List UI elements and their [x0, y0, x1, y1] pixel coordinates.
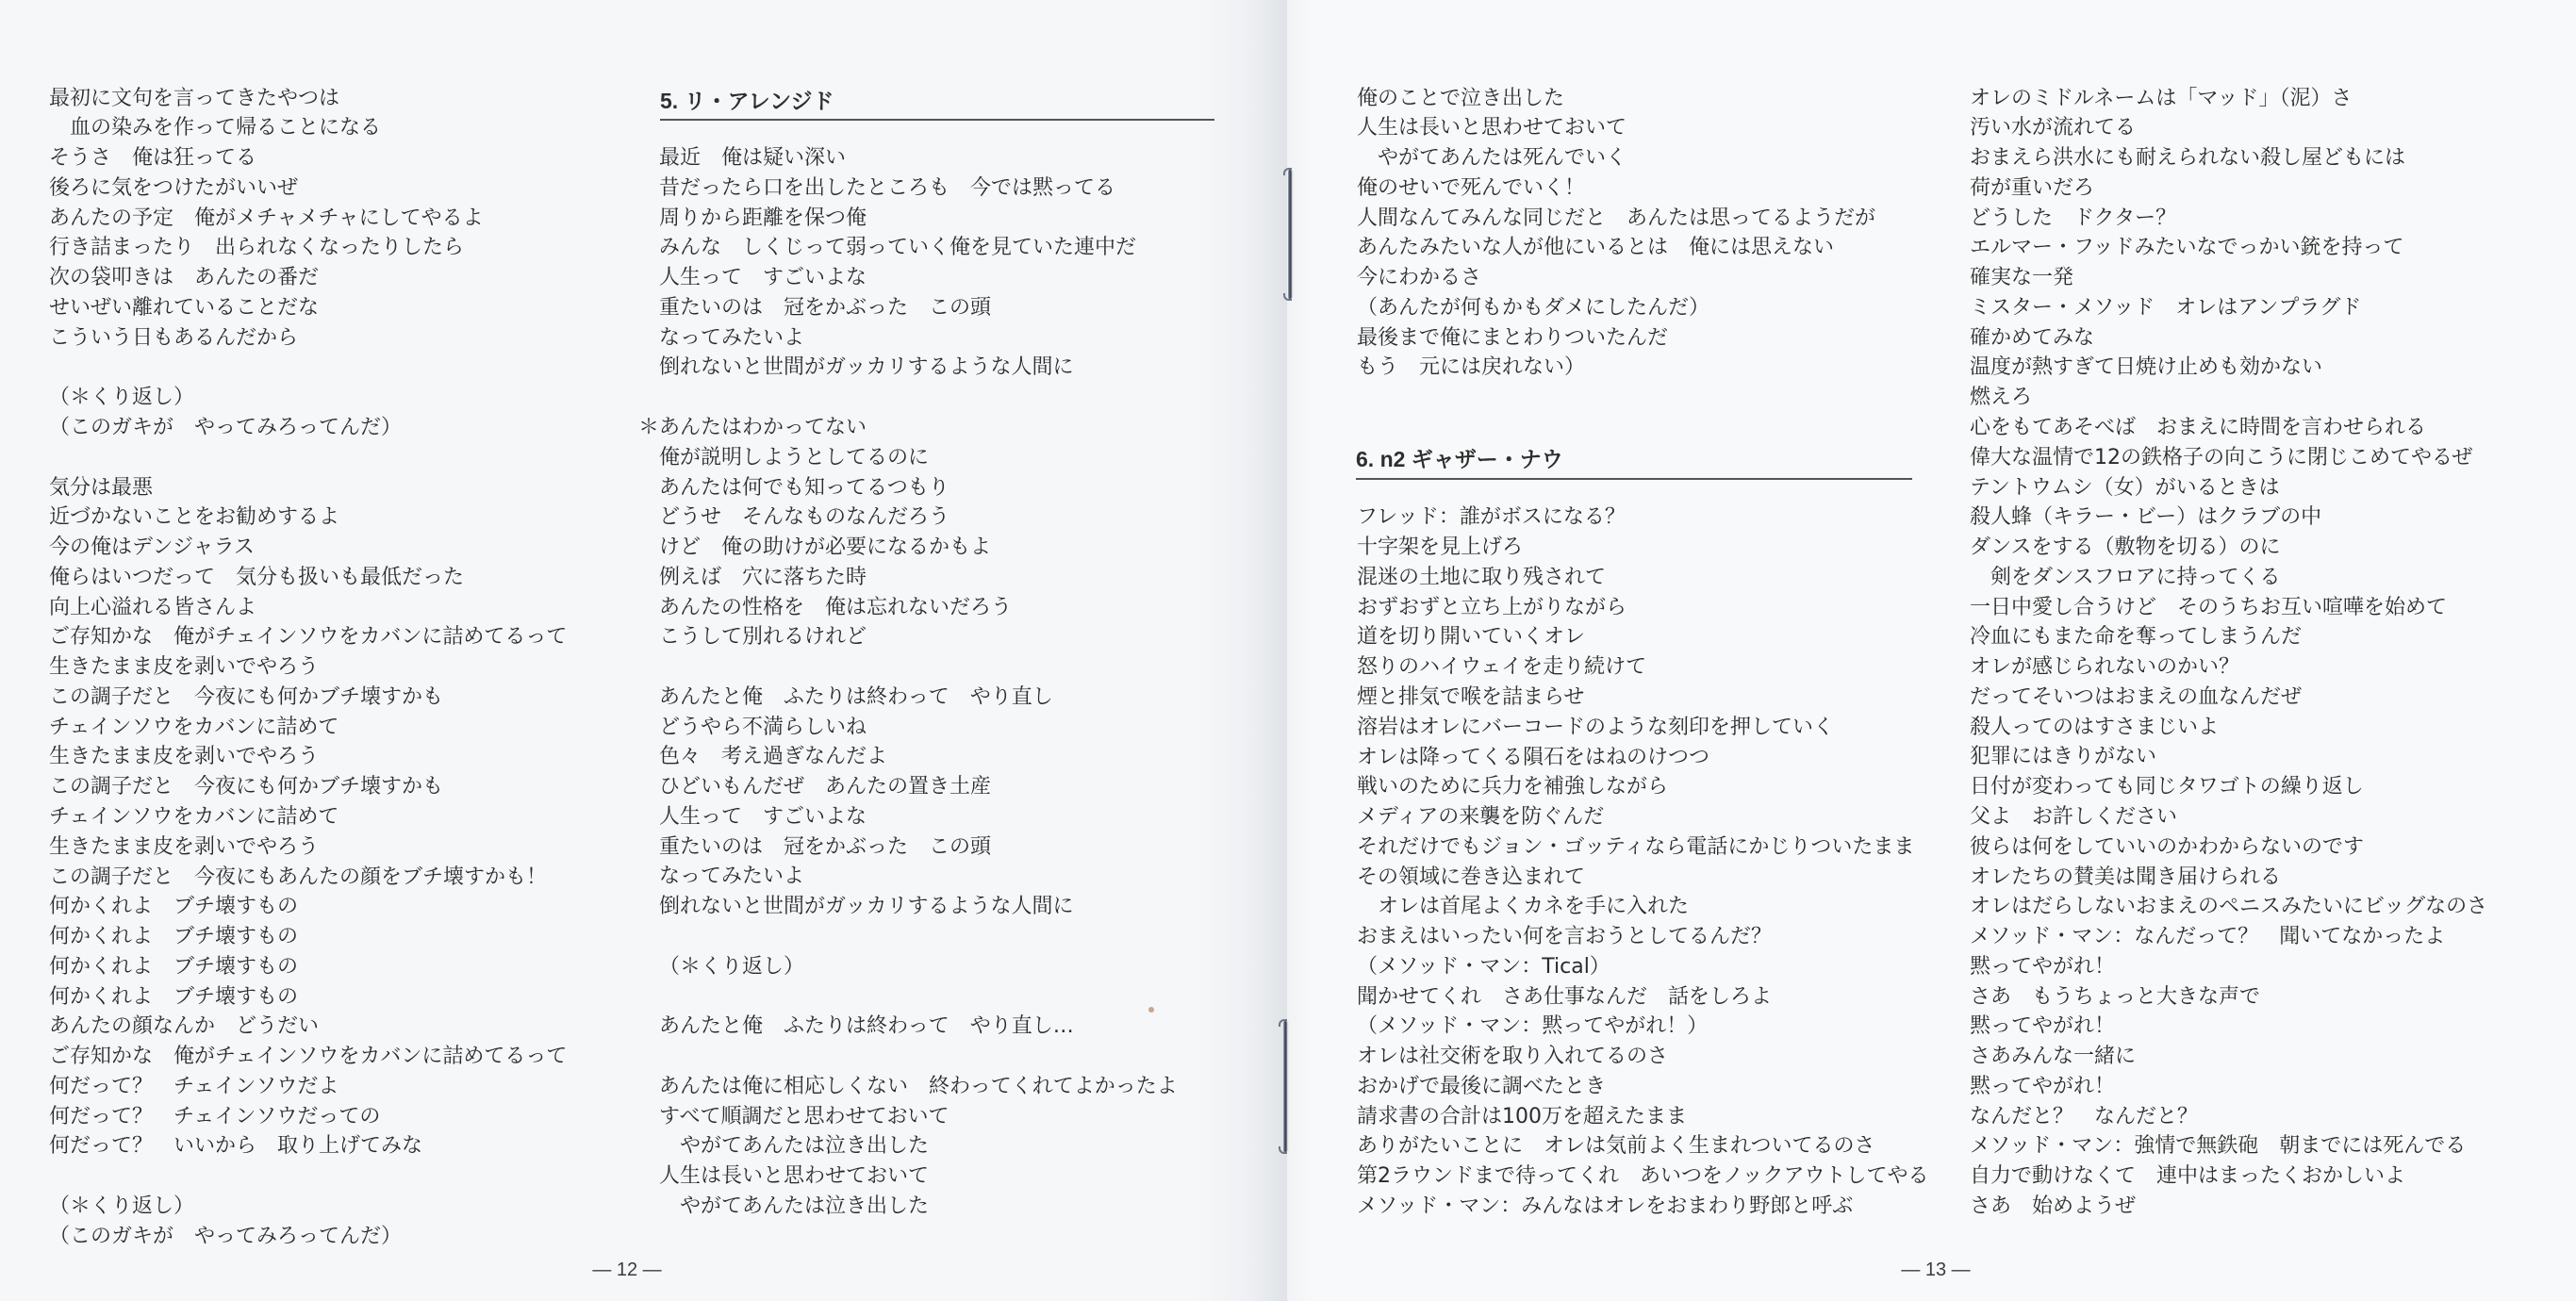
lyric-line: 俺が説明しようとしてるのに: [659, 443, 1178, 473]
lyric-line: 重たいのは 冠をかぶった この頭: [659, 293, 1178, 323]
lyric-line: テントウムシ（女）がいるときは: [1970, 473, 2487, 503]
lyric-line: なんだと？ なんだと？: [1970, 1102, 2487, 1132]
lyric-line: オレが感じられないのかい？: [1970, 652, 2487, 683]
lyric-line: 次の袋叩きは あんたの番だ: [49, 263, 567, 293]
lyric-line: 人生って すごいよな: [659, 263, 1178, 293]
lyric-line: オレは社交術を取り入れてるのさ: [1357, 1042, 1928, 1072]
lyric-line: その領域に巻き込まれて: [1357, 863, 1928, 893]
lyric-line: 俺らはいつだって 気分も扱いも最低だった: [49, 563, 567, 593]
lyric-line: 例えば 穴に落ちた時: [659, 563, 1178, 593]
blank-line: [659, 922, 1178, 952]
lyric-line: 煙と排気で喉を詰まらせ: [1357, 683, 1928, 713]
lyric-line: なってみたいよ: [659, 323, 1178, 354]
lyric-line: 請求書の合計は100万を超えたまま: [1357, 1102, 1928, 1132]
lyric-line: 後ろに気をつけたがいいぜ: [49, 173, 567, 204]
lyric-line: すべて順調だと思わせておいて: [659, 1102, 1178, 1132]
lyric-line: 人生は長いと思わせておいて: [659, 1161, 1178, 1192]
lyric-line: 溶岩はオレにバーコードのような刻印を押していく: [1357, 713, 1928, 743]
lyric-line: おかげで最後に調べたとき: [1357, 1072, 1928, 1102]
lyric-line: 犯罪にはきりがない: [1970, 742, 2487, 772]
lyric-line: 心をもてあそべば おまえに時間を言わせられる: [1970, 413, 2487, 443]
lyric-line: 偉大な温情で12の鉄格子の向こうに閉じこめてやるぜ: [1970, 443, 2487, 473]
lyric-line: メソッド・マン：強情で無鉄砲 朝までには死んでる: [1970, 1131, 2487, 1161]
lyric-line: 人生って すごいよな: [659, 802, 1178, 832]
lyric-line: 剣をダンスフロアに持ってくる: [1970, 563, 2487, 593]
lyric-line: 色々 考え過ぎなんだよ: [659, 742, 1178, 772]
lyric-line: 何かくれよ ブチ壊すもの: [49, 952, 567, 982]
lyric-line: 何かくれよ ブチ壊すもの: [49, 892, 567, 922]
blank-line: [49, 353, 567, 383]
lyric-line: やがてあんたは泣き出した: [659, 1131, 1178, 1161]
lyric-line: さあ もうちょっと大きな声で: [1970, 982, 2487, 1013]
lyric-line: ミスター・メソッド オレはアンプラグド: [1970, 293, 2487, 323]
lyric-line: こういう日もあるんだから: [49, 323, 567, 354]
lyric-line: おまえら洪水にも耐えられない殺し屋どもには: [1970, 143, 2487, 173]
binding-gutter-shadow: [1197, 0, 1287, 1301]
lyric-line: 近づかないことをお勧めするよ: [49, 502, 567, 533]
lyric-line: けど 俺の助けが必要になるかもよ: [659, 533, 1178, 563]
lyric-line: 最近 俺は疑い深い: [659, 143, 1178, 173]
song-heading-6: 6. n2 ギャザー・ナウ: [1356, 445, 1912, 480]
lyric-line: ありがたいことに オレは気前よく生まれついてるのさ: [1357, 1131, 1928, 1161]
lyric-line: 何かくれよ ブチ壊すもの: [49, 982, 567, 1013]
lyric-line: 第2ラウンドまで待ってくれ あいつをノックアウトしてやる: [1357, 1161, 1928, 1192]
page-number-left: — 12 —: [533, 1258, 721, 1282]
lyric-line: 怒りのハイウェイを走り続けて: [1357, 652, 1928, 683]
lyric-line: 人間なんてみんな同じだと あんたは思ってるようだが: [1357, 204, 1875, 234]
lyrics-column-1: 最初に文句を言ってきたやつは 血の染みを作って帰ることになるそうさ 俺は狂ってる…: [49, 84, 567, 1252]
lyric-line: 混迷の土地に取り残されて: [1357, 563, 1928, 593]
lyric-line: さあ 始めようぜ: [1970, 1192, 2487, 1222]
lyric-line: メソッド・マン：なんだって？ 聞いてなかったよ: [1970, 922, 2487, 952]
lyric-line: どうせ そんなものなんだろう: [659, 502, 1178, 533]
lyric-line: 戦いのために兵力を補強しながら: [1357, 772, 1928, 802]
lyric-line: 荷が重いだろ: [1970, 173, 2487, 204]
staple-bottom: [1283, 1021, 1287, 1152]
blank-line: [659, 652, 1178, 683]
lyrics-column-3-continued: 俺のことで泣き出した人生は長いと思わせておいて やがてあんたは死んでいく俺のせい…: [1357, 84, 1875, 384]
lyric-line: （このガキが やってみろってんだ）: [49, 413, 567, 443]
lyric-line: 最後まで俺にまとわりついたんだ: [1357, 323, 1875, 354]
lyric-line: 生きたまま皮を剥いでやろう: [49, 742, 567, 772]
song-heading-5: 5. リ・アレンジド: [660, 87, 1214, 121]
lyric-line: 向上心溢れる皆さんよ: [49, 593, 567, 623]
lyric-line: 今にわかるさ: [1357, 263, 1875, 293]
lyric-line: ひどいもんだぜ あんたの置き土産: [659, 772, 1178, 802]
lyric-line: （メソッド・マン：黙ってやがれ！）: [1357, 1012, 1928, 1042]
lyric-line: 生きたまま皮を剥いでやろう: [49, 652, 567, 683]
lyric-line: 汚い水が流れてる: [1970, 113, 2487, 143]
lyric-line: 確実な一発: [1970, 263, 2487, 293]
lyric-line: チェインソウをカバンに詰めて: [49, 802, 567, 832]
lyric-line: オレのミドルネームは「マッド」（泥）さ: [1970, 84, 2487, 114]
lyrics-column-4: オレのミドルネームは「マッド」（泥）さ汚い水が流れてるおまえら洪水にも耐えられな…: [1970, 84, 2487, 1222]
lyric-line: メディアの来襲を防ぐんだ: [1357, 802, 1928, 832]
lyric-line: （このガキが やってみろってんだ）: [49, 1222, 567, 1252]
paper-stain: [1148, 1007, 1154, 1013]
lyric-line: ご存知かな 俺がチェインソウをカバンに詰めてるって: [49, 1042, 567, 1072]
lyric-line: どうやら不満らしいね: [659, 713, 1178, 743]
lyric-line: （＊くり返し）: [659, 952, 1178, 982]
lyric-line: ＊あんたはわかってない: [659, 413, 1178, 443]
lyric-line: フレッド：誰がボスになる？: [1357, 502, 1928, 533]
lyric-line: あんたは何でも知ってるつもり: [659, 473, 1178, 503]
lyric-line: あんたと俺 ふたりは終わって やり直し: [659, 683, 1178, 713]
lyric-line: 燃えろ: [1970, 383, 2487, 413]
lyric-line: 自力で動けなくて 連中はまったくおかしいよ: [1970, 1161, 2487, 1192]
lyric-line: 確かめてみな: [1970, 323, 2487, 354]
right-page: 俺のことで泣き出した人生は長いと思わせておいて やがてあんたは死んでいく俺のせい…: [1287, 0, 2576, 1301]
lyric-line: 周りから距離を保つ俺: [659, 204, 1178, 234]
lyric-line: みんな しくじって弱っていく俺を見ていた連中だ: [659, 233, 1178, 263]
lyric-line: 俺のせいで死んでいく！: [1357, 173, 1875, 204]
lyrics-column-3: フレッド：誰がボスになる？十字架を見上げろ混迷の土地に取り残されておずおずと立ち…: [1357, 502, 1928, 1221]
lyric-line: 生きたまま皮を剥いでやろう: [49, 832, 567, 863]
blank-line: [49, 1161, 567, 1192]
lyric-line: おずおずと立ち上がりながら: [1357, 593, 1928, 623]
lyric-line: （メソッド・マン：Tical）: [1357, 952, 1928, 982]
lyric-line: 黙ってやがれ！: [1970, 1012, 2487, 1042]
lyric-line: なってみたいよ: [659, 862, 1178, 892]
lyric-line: 俺のことで泣き出した: [1357, 84, 1875, 114]
lyric-line: やがてあんたは死んでいく: [1357, 143, 1875, 173]
lyric-line: オレたちの賛美は聞き届けられる: [1970, 863, 2487, 893]
lyric-line: さあみんな一緒に: [1970, 1042, 2487, 1072]
blank-line: [659, 383, 1178, 413]
lyric-line: （＊くり返し）: [49, 1192, 567, 1222]
lyric-line: 彼らは何をしていいのかわからないのです: [1970, 832, 2487, 863]
left-page: 最初に文句を言ってきたやつは 血の染みを作って帰ることになるそうさ 俺は狂ってる…: [0, 0, 1287, 1301]
lyric-line: 冷血にもまた命を奪ってしまうんだ: [1970, 622, 2487, 652]
lyric-line: あんたの顔なんか どうだい: [49, 1012, 567, 1042]
lyric-line: どうした ドクター？: [1970, 204, 2487, 234]
lyric-line: あんたの性格を 俺は忘れないだろう: [659, 593, 1178, 623]
lyric-line: 倒れないと世間がガッカリするような人間に: [659, 892, 1178, 922]
lyrics-column-2: 最近 俺は疑い深い昔だったら口を出したところも 今では黙ってる周りから距離を保つ…: [659, 143, 1178, 1222]
lyric-line: 何だって？ チェインソウだよ: [49, 1072, 567, 1102]
lyric-line: 黙ってやがれ！: [1970, 1072, 2487, 1102]
page-number-right: — 13 —: [1841, 1258, 2030, 1282]
lyric-line: あんたの予定 俺がメチャメチャにしてやるよ: [49, 204, 567, 234]
lyric-line: メソッド・マン：みんなはオレをおまわり野郎と呼ぶ: [1357, 1192, 1928, 1222]
lyric-line: 殺人蜂（キラー・ビー）はクラブの中: [1970, 502, 2487, 533]
lyric-line: それだけでもジョン・ゴッティなら電話にかじりついたまま: [1357, 832, 1928, 863]
lyric-line: オレはだらしないおまえのペニスみたいにビッグなのさ: [1970, 892, 2487, 922]
lyric-line: 今の俺はデンジャラス: [49, 533, 567, 563]
lyric-line: チェインソウをカバンに詰めて: [49, 713, 567, 743]
lyric-line: 血の染みを作って帰ることになる: [49, 113, 567, 143]
lyric-line: おまえはいったい何を言おうとしてるんだ？: [1357, 922, 1928, 952]
lyric-line: 行き詰まったり 出られなくなったりしたら: [49, 233, 567, 263]
lyric-line: この調子だと 今夜にもあんたの顔をブチ壊すかも！: [49, 863, 567, 893]
lyric-line: もう 元には戻れない）: [1357, 353, 1875, 383]
lyric-line: 昔だったら口を出したところも 今では黙ってる: [659, 173, 1178, 204]
blank-line: [49, 443, 567, 473]
lyric-line: そうさ 俺は狂ってる: [49, 143, 567, 173]
lyric-line: ダンスをする（敷物を切る）のに: [1970, 533, 2487, 563]
lyric-line: 父よ お許しください: [1970, 802, 2487, 832]
lyric-line: この調子だと 今夜にも何かブチ壊すかも: [49, 772, 567, 802]
lyric-line: だってそいつはおまえの血なんだぜ: [1970, 683, 2487, 713]
lyric-line: 最初に文句を言ってきたやつは: [49, 84, 567, 114]
lyric-line: 倒れないと世間がガッカリするような人間に: [659, 353, 1178, 383]
lyric-line: エルマー・フッドみたいなでっかい銃を持って: [1970, 233, 2487, 263]
staple-top: [1288, 170, 1292, 299]
lyric-line: オレは降ってくる隕石をはねのけつつ: [1357, 743, 1928, 773]
blank-line: [659, 1042, 1178, 1072]
lyric-line: 気分は最悪: [49, 473, 567, 503]
lyric-line: あんたと俺 ふたりは終わって やり直し…: [659, 1012, 1178, 1042]
lyric-line: 殺人ってのはすさまじいよ: [1970, 713, 2487, 743]
lyric-line: 道を切り開いていくオレ: [1357, 622, 1928, 652]
lyric-line: 黙ってやがれ！: [1970, 952, 2487, 982]
lyric-line: オレは首尾よくカネを手に入れた: [1357, 892, 1928, 922]
lyric-line: （＊くり返し）: [49, 383, 567, 413]
lyric-line: 日付が変わっても同じタワゴトの繰り返し: [1970, 772, 2487, 802]
lyric-line: この調子だと 今夜にも何かブチ壊すかも: [49, 683, 567, 713]
lyric-line: 何かくれよ ブチ壊すもの: [49, 922, 567, 952]
lyric-line: 人生は長いと思わせておいて: [1357, 113, 1875, 143]
lyric-line: ご存知かな 俺がチェインソウをカバンに詰めてるって: [49, 622, 567, 652]
lyric-line: 何だって？ いいから 取り上げてみな: [49, 1131, 567, 1161]
lyric-line: （あんたが何もかもダメにしたんだ）: [1357, 293, 1875, 323]
lyric-line: 一日中愛し合うけど そのうちお互い喧嘩を始めて: [1970, 593, 2487, 623]
lyric-line: あんたは俺に相応しくない 終わってくれてよかったよ: [659, 1072, 1178, 1102]
lyric-line: せいぜい離れていることだな: [49, 293, 567, 323]
lyric-line: あんたみたいな人が他にいるとは 俺には思えない: [1357, 233, 1875, 263]
lyric-line: 聞かせてくれ さあ仕事なんだ 話をしろよ: [1357, 982, 1928, 1013]
blank-line: [659, 982, 1178, 1013]
lyric-line: こうして別れるけれど: [659, 622, 1178, 652]
lyric-line: 重たいのは 冠をかぶった この頭: [659, 832, 1178, 863]
lyric-line: 何だって？ チェインソウだっての: [49, 1102, 567, 1132]
lyric-line: 温度が熱すぎて日焼け止めも効かない: [1970, 353, 2487, 383]
lyric-line: 十字架を見上げろ: [1357, 533, 1928, 563]
lyric-line: やがてあんたは泣き出した: [659, 1192, 1178, 1222]
